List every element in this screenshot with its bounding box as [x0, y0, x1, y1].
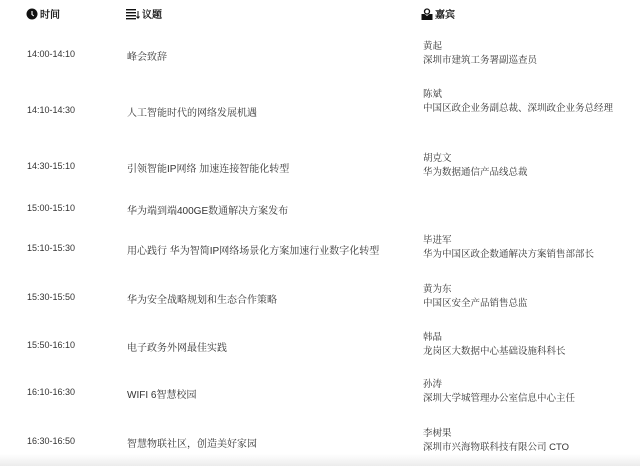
- header-topic-label: 议题: [142, 6, 162, 21]
- speaker-title: 深圳大学城管理办公室信息中心主任: [423, 392, 623, 406]
- row-time: 15:00-15:10: [27, 203, 75, 213]
- row-time: 14:30-15:10: [27, 161, 75, 171]
- speaker-name: 韩晶: [423, 331, 623, 345]
- row-speaker: 黄起 深圳市建筑工务署副巡查员: [423, 40, 623, 68]
- row-speaker: 韩晶 龙岗区大数据中心基础设施科科长: [423, 331, 623, 359]
- speaker-title: 深圳市兴海物联科技有限公司 CTO: [423, 441, 623, 455]
- row-topic: 引领智能IP网络 加速连接智能化转型: [127, 160, 289, 175]
- speaker-name: 黄为东: [423, 283, 623, 297]
- row-time: 14:10-14:30: [27, 105, 75, 115]
- speaker-title: 龙岗区大数据中心基础设施科科长: [423, 345, 623, 359]
- schedule-header: 时间 议题 嘉宾: [0, 0, 640, 28]
- speaker-name: 毕进军: [423, 234, 623, 248]
- row-topic: WIFI 6智慧校园: [127, 386, 196, 401]
- speaker-name: 黄起: [423, 40, 623, 54]
- row-speaker: 胡克文 华为数据通信产品线总裁: [423, 152, 623, 180]
- row-topic: 峰会致辞: [127, 48, 167, 63]
- speaker-name: 胡克文: [423, 152, 623, 166]
- row-time: 14:00-14:10: [27, 49, 75, 59]
- bottom-fade: [0, 454, 640, 466]
- list-icon: [126, 8, 142, 20]
- row-topic: 电子政务外网最佳实践: [127, 339, 227, 354]
- header-time-label: 时间: [40, 6, 60, 21]
- speaker-title: 中国区政企业务副总裁、深圳政企业务总经理: [423, 102, 613, 116]
- speaker-name: 李树果: [423, 427, 623, 441]
- speaker-title: 华为中国区政企数通解决方案销售部部长: [423, 248, 623, 262]
- row-time: 16:10-16:30: [27, 387, 75, 397]
- row-topic: 人工智能时代的网络发展机遇: [127, 104, 257, 119]
- row-speaker: 陈斌 中国区政企业务副总裁、深圳政企业务总经理: [423, 88, 613, 116]
- row-topic: 智慧物联社区，创造美好家园: [127, 435, 257, 450]
- row-time: 15:30-15:50: [27, 292, 75, 302]
- row-speaker: 毕进军 华为中国区政企数通解决方案销售部部长: [423, 234, 623, 262]
- row-time: 15:10-15:30: [27, 243, 75, 253]
- header-guest-label: 嘉宾: [435, 6, 455, 21]
- speaker-title: 中国区安全产品销售总监: [423, 297, 623, 311]
- speaker-title: 华为数据通信产品线总裁: [423, 166, 623, 180]
- header-guest: 嘉宾: [421, 6, 455, 21]
- speaker-title: 深圳市建筑工务署副巡查员: [423, 54, 623, 68]
- row-topic: 华为端到端400GE数通解决方案发布: [127, 202, 288, 217]
- row-speaker: 李树果 深圳市兴海物联科技有限公司 CTO: [423, 427, 623, 455]
- row-topic: 用心践行 华为智简IP网络场景化方案加速行业数字化转型: [127, 242, 379, 257]
- row-time: 15:50-16:10: [27, 340, 75, 350]
- speaker-name: 孙涛: [423, 378, 623, 392]
- header-time: 时间: [26, 6, 60, 21]
- row-topic: 华为安全战略规划和生态合作策略: [127, 291, 277, 306]
- speaker-name: 陈斌: [423, 88, 613, 102]
- row-speaker: 孙涛 深圳大学城管理办公室信息中心主任: [423, 378, 623, 406]
- clock-icon: [26, 8, 40, 20]
- person-badge-icon: [421, 8, 435, 20]
- row-speaker: 黄为东 中国区安全产品销售总监: [423, 283, 623, 311]
- header-topic: 议题: [126, 6, 162, 21]
- row-time: 16:30-16:50: [27, 436, 75, 446]
